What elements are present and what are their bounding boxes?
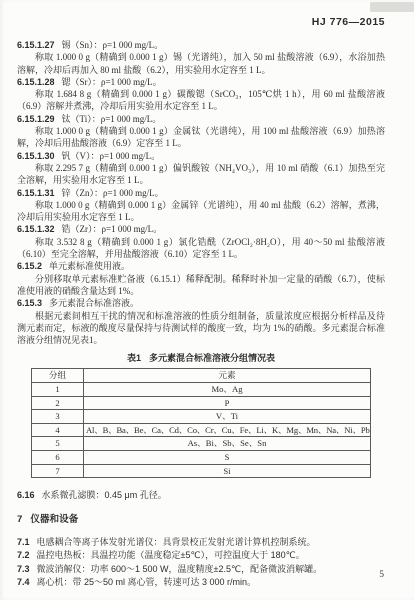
- elements-cell: Si: [84, 464, 371, 478]
- table-header-element: 元素: [84, 369, 371, 383]
- clause-number: 7.1: [17, 537, 30, 547]
- table-caption-label: 表1: [127, 353, 141, 363]
- clause-title: 锌（Zn）：ρ=1 000 mg/L。: [62, 188, 164, 198]
- group-number-cell: 6: [32, 450, 84, 464]
- doc-code-header: HJ 776—2015: [17, 16, 385, 28]
- chapter-title: 仪器和设备: [30, 514, 78, 525]
- group-number-cell: 4: [32, 423, 84, 437]
- clause-title: 钒（V）：ρ=1 000 mg/L。: [62, 151, 161, 161]
- table-caption: 表1多元素混合标准溶液分组情况表: [17, 352, 385, 364]
- table-row: 6 S: [32, 450, 371, 464]
- clause-6-15-1-29: 6.15.1.29钛（Ti）：ρ=1 000 mg/L。 称取 1.000 0 …: [17, 113, 385, 150]
- clause-6-15-1-28: 6.15.1.28锶（Sr）：ρ=1 000 mg/L。 称取 1.684 8 …: [17, 76, 385, 113]
- page-content: HJ 776—2015 6.15.1.27锡（Sn）：ρ=1 000 mg/L。…: [17, 16, 385, 590]
- clause-paragraph: 称取 1.000 0 g（精确到 0.000 1 g）金属钛（光谱纯），用 10…: [17, 125, 385, 150]
- table-multielement-groups: 分组 元素 1 Mo、Ag 2 P 3 V、Ti 4: [31, 368, 371, 478]
- clause-number: 7.3: [17, 564, 30, 574]
- elements-cell: As、Bi、Sb、Se、Sn: [84, 437, 371, 451]
- clause-number: 7.4: [17, 577, 30, 587]
- clause-text: 微波消解仪：功率 600～1 500 W，温度精度±2.5℃，配备微波消解罐。: [37, 564, 323, 574]
- table-row: 1 Mo、Ag: [32, 383, 371, 397]
- clause-paragraph: 称取 2.295 7 g（精确到 0.000 1 g）偏钒酸铵（NH₄VO₃），…: [17, 162, 385, 187]
- clause-number: 6.15.1.27: [17, 40, 55, 50]
- clause-title: 钛（Ti）：ρ=1 000 mg/L。: [62, 114, 162, 124]
- clause-heading: 6.15.1.27锡（Sn）：ρ=1 000 mg/L。: [17, 39, 385, 51]
- clause-text: 电感耦合等离子体发射光谱仪：具背景校正发射光谱计算机控制系统。: [37, 537, 316, 547]
- elements-cell: Mo、Ag: [84, 383, 371, 397]
- table-row: 2 P: [32, 396, 371, 410]
- clause-title: 锆（Zr）：ρ=1 000 mg/L。: [62, 224, 163, 234]
- clause-heading: 6.15.1.30钒（V）：ρ=1 000 mg/L。: [17, 150, 385, 162]
- clause-heading: 6.15.1.31锌（Zn）：ρ=1 000 mg/L。: [17, 187, 385, 199]
- clause-number: 6.15.2: [17, 261, 42, 271]
- clause-6-15-2: 6.15.2单元素标准使用液。 分别移取单元素标准贮备液（6.15.1）稀释配制…: [17, 260, 385, 297]
- clause-number: 6.15.1.31: [17, 188, 55, 198]
- table-row: 5 As、Bi、Sb、Se、Sn: [32, 437, 371, 451]
- clause-number: 6.15.1.29: [17, 114, 55, 124]
- chapter-7-heading: 7仪器和设备: [17, 514, 385, 527]
- elements-cell: S: [84, 450, 371, 464]
- scan-artifact: [370, 2, 414, 12]
- elements-cell: Al、B、Ba、Be、Ca、Cd、Co、Cr、Cu、Fe、Li、K、Mg、Mn、…: [84, 423, 371, 437]
- clause-heading: 6.15.3多元素混合标准溶液。: [17, 297, 385, 309]
- clause-title: 单元素标准使用液。: [49, 261, 130, 271]
- clause-text: 水系微孔滤膜：0.45 μm 孔径。: [42, 490, 167, 500]
- clause-title: 锶（Sr）：ρ=1 000 mg/L。: [62, 77, 162, 87]
- elements-cell: P: [84, 396, 371, 410]
- group-number-cell: 7: [32, 464, 84, 478]
- clause-paragraph: 称取 1.684 8 g（精确到 0.000 1 g）碳酸锶（SrCO₃，105…: [17, 88, 385, 113]
- clause-number: 6.15.1.28: [17, 77, 55, 87]
- clause-title: 锡（Sn）：ρ=1 000 mg/L。: [62, 40, 164, 50]
- chapter-number: 7: [17, 514, 22, 525]
- clause-6-15-3: 6.15.3多元素混合标准溶液。 根据元素间相互干扰的情况和标准溶液的性质分组制…: [17, 297, 385, 346]
- clause-number: 6.15.1.30: [17, 151, 55, 161]
- table-row: 3 V、Ti: [32, 410, 371, 424]
- clause-paragraph: 称取 1.000 0 g（精确到 0.000 1 g）锡（光谱纯），加入 50 …: [17, 51, 385, 76]
- clause-7-4: 7.4离心机：带 25～50 ml 离心管，转速可达 3 000 r/min。: [17, 576, 385, 588]
- table-header-row: 分组 元素: [32, 369, 371, 383]
- clause-7-1: 7.1电感耦合等离子体发射光谱仪：具背景校正发射光谱计算机控制系统。: [17, 536, 385, 548]
- table-header-group: 分组: [32, 369, 84, 383]
- clause-text: 温控电热板：具温控功能（温度稳定±5℃），可控温度大于 180℃。: [37, 550, 305, 560]
- clause-paragraph: 称取 3.532 8 g（精确到 0.000 1 g）氯化锆酰（ZrOCl₂·8…: [17, 236, 385, 261]
- group-number-cell: 3: [32, 410, 84, 424]
- clause-6-15-1-27: 6.15.1.27锡（Sn）：ρ=1 000 mg/L。 称取 1.000 0 …: [17, 39, 385, 76]
- clause-paragraph: 根据元素间相互干扰的情况和标准溶液的性质分组制备，质量浓度应根据分析样品及待测元…: [17, 310, 385, 347]
- clause-heading: 6.15.1.32锆（Zr）：ρ=1 000 mg/L。: [17, 223, 385, 235]
- elements-cell: V、Ti: [84, 410, 371, 424]
- group-number-cell: 1: [32, 383, 84, 397]
- page-number: 5: [379, 570, 384, 580]
- clause-number: 6.15.3: [17, 298, 42, 308]
- clause-text: 离心机：带 25～50 ml 离心管，转速可达 3 000 r/min。: [37, 577, 257, 587]
- group-number-cell: 2: [32, 396, 84, 410]
- clause-number: 6.15.1.32: [17, 224, 55, 234]
- group-number-cell: 5: [32, 437, 84, 451]
- clause-6-16: 6.16水系微孔滤膜：0.45 μm 孔径。: [17, 489, 385, 501]
- document-page: HJ 776—2015 6.15.1.27锡（Sn）：ρ=1 000 mg/L。…: [0, 0, 414, 600]
- table-row: 4 Al、B、Ba、Be、Ca、Cd、Co、Cr、Cu、Fe、Li、K、Mg、M…: [32, 423, 371, 437]
- clause-7-3: 7.3微波消解仪：功率 600～1 500 W，温度精度±2.5℃，配备微波消解…: [17, 563, 385, 575]
- clause-heading: 6.15.2单元素标准使用液。: [17, 260, 385, 272]
- clause-paragraph: 称取 1.000 0 g（精确到 0.000 1 g）金属锌（光谱纯），用 40…: [17, 199, 385, 224]
- clause-6-15-1-30: 6.15.1.30钒（V）：ρ=1 000 mg/L。 称取 2.295 7 g…: [17, 150, 385, 187]
- chapter-7-clauses: 7.1电感耦合等离子体发射光谱仪：具背景校正发射光谱计算机控制系统。 7.2温控…: [17, 536, 385, 589]
- clause-heading: 6.15.1.28锶（Sr）：ρ=1 000 mg/L。: [17, 76, 385, 88]
- table-caption-text: 多元素混合标准溶液分组情况表: [149, 353, 275, 363]
- clause-paragraph: 分别移取单元素标准贮备液（6.15.1）稀释配制。稀释时补加一定量的硝酸（6.7…: [17, 273, 385, 298]
- clause-heading: 6.15.1.29钛（Ti）：ρ=1 000 mg/L。: [17, 113, 385, 125]
- clause-number: 7.2: [17, 550, 30, 560]
- clause-6-15-1-31: 6.15.1.31锌（Zn）：ρ=1 000 mg/L。 称取 1.000 0 …: [17, 187, 385, 224]
- table-row: 7 Si: [32, 464, 371, 478]
- clause-title: 多元素混合标准溶液。: [49, 298, 139, 308]
- clause-6-15-1-32: 6.15.1.32锆（Zr）：ρ=1 000 mg/L。 称取 3.532 8 …: [17, 223, 385, 260]
- clause-7-2: 7.2温控电热板：具温控功能（温度稳定±5℃），可控温度大于 180℃。: [17, 549, 385, 561]
- clause-number: 6.16: [17, 490, 35, 500]
